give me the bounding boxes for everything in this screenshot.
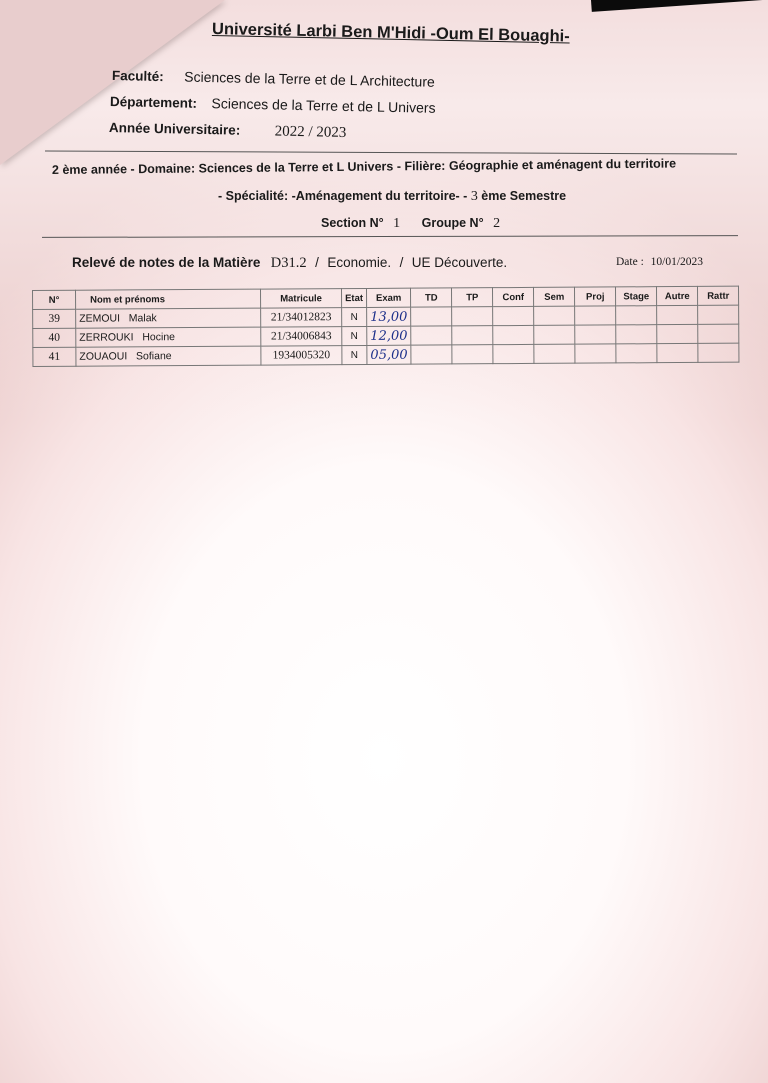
student-etat: N xyxy=(342,326,367,345)
department-label: Département: xyxy=(110,94,197,111)
student-matricule: 21/34012823 xyxy=(261,308,342,327)
td-grade xyxy=(411,307,452,326)
conf-grade xyxy=(493,344,534,363)
autre-grade xyxy=(657,343,698,362)
subject-unit: UE Découverte. xyxy=(412,255,507,270)
faculty-label: Faculté: xyxy=(112,68,164,84)
section-value: 1 xyxy=(393,216,400,231)
program-line-2: - Spécialité: -Aménagement du territoire… xyxy=(218,189,566,205)
exam-grade: 13,00 xyxy=(367,307,411,326)
group-label: Groupe N° xyxy=(422,216,484,230)
exam-grade: 05,00 xyxy=(367,345,411,364)
col-rattr: Rattr xyxy=(698,286,739,305)
conf-grade xyxy=(493,325,534,344)
separator: / xyxy=(400,255,404,270)
autre-grade xyxy=(657,324,698,343)
rattr-grade xyxy=(698,324,739,343)
section-group-row: Section N° 1 Groupe N° 2 xyxy=(321,216,500,232)
col-exam: Exam xyxy=(366,288,410,307)
col-sem: Sem xyxy=(534,287,575,306)
date-value: 10/01/2023 xyxy=(651,256,703,268)
col-conf: Conf xyxy=(493,287,534,306)
tp-grade xyxy=(452,326,493,345)
col-td: TD xyxy=(411,288,452,307)
first-name: Malak xyxy=(129,312,157,324)
col-etat: Etat xyxy=(341,288,366,307)
td-grade xyxy=(411,326,452,345)
separator: / xyxy=(315,255,319,270)
student-name: ZOUAOUI Sofiane xyxy=(76,346,261,366)
proj-grade xyxy=(575,344,616,363)
subject-row: Relevé de notes de la Matière D31.2 / Ec… xyxy=(72,254,507,272)
first-name: Hocine xyxy=(142,331,175,343)
department-value: Sciences de la Terre et de L Univers xyxy=(211,95,435,116)
section-label: Section N° xyxy=(321,216,384,230)
student-number: 41 xyxy=(33,347,76,366)
proj-grade xyxy=(575,325,616,344)
sem-grade xyxy=(534,344,575,363)
subject-title: Relevé de notes de la Matière xyxy=(72,255,260,270)
stage-grade xyxy=(616,344,657,363)
proj-grade xyxy=(575,306,616,325)
last-name: ZERROUKI xyxy=(79,331,133,343)
autre-grade xyxy=(657,305,698,324)
conf-grade xyxy=(493,306,534,325)
student-matricule: 1934005320 xyxy=(261,346,342,365)
date-label: Date : xyxy=(616,256,644,268)
student-etat: N xyxy=(342,345,367,364)
table-row: 41 ZOUAOUI Sofiane 1934005320 N 05,00 xyxy=(33,343,739,366)
last-name: ZOUAOUI xyxy=(79,350,127,362)
stage-grade xyxy=(616,325,657,344)
year-value: 2022 / 2023 xyxy=(275,123,347,140)
rattr-grade xyxy=(698,305,739,324)
sem-grade xyxy=(534,306,575,325)
rattr-grade xyxy=(698,343,739,362)
student-number: 39 xyxy=(33,309,76,328)
student-number: 40 xyxy=(33,328,76,347)
semester-suffix: ème Semestre xyxy=(478,189,566,203)
subject-name: Economie. xyxy=(327,255,391,270)
col-stage: Stage xyxy=(616,287,657,306)
semester-number: 3 xyxy=(471,189,478,204)
student-name: ZERROUKI Hocine xyxy=(76,327,261,347)
td-grade xyxy=(411,345,452,364)
student-matricule: 21/34006843 xyxy=(261,327,342,346)
first-name: Sofiane xyxy=(136,350,172,362)
speciality: - Spécialité: -Aménagement du territoire… xyxy=(218,189,471,203)
exam-grade: 12,00 xyxy=(367,326,411,345)
student-name: ZEMOUI Malak xyxy=(76,308,261,328)
last-name: ZEMOUI xyxy=(79,312,120,324)
grades-table: N° Nom et prénoms Matricule Etat Exam TD… xyxy=(32,286,740,367)
col-proj: Proj xyxy=(575,287,616,306)
col-matricule: Matricule xyxy=(260,289,341,308)
group-value: 2 xyxy=(493,216,500,231)
col-num: N° xyxy=(33,290,76,309)
col-autre: Autre xyxy=(657,286,698,305)
stage-grade xyxy=(616,306,657,325)
subject-code: D31.2 xyxy=(271,255,307,271)
tp-grade xyxy=(452,307,493,326)
date-row: Date : 10/01/2023 xyxy=(616,256,703,268)
sem-grade xyxy=(534,325,575,344)
year-label: Année Universitaire: xyxy=(109,120,241,138)
col-name: Nom et prénoms xyxy=(76,289,261,309)
tp-grade xyxy=(452,345,493,364)
student-etat: N xyxy=(342,307,367,326)
col-tp: TP xyxy=(452,288,493,307)
